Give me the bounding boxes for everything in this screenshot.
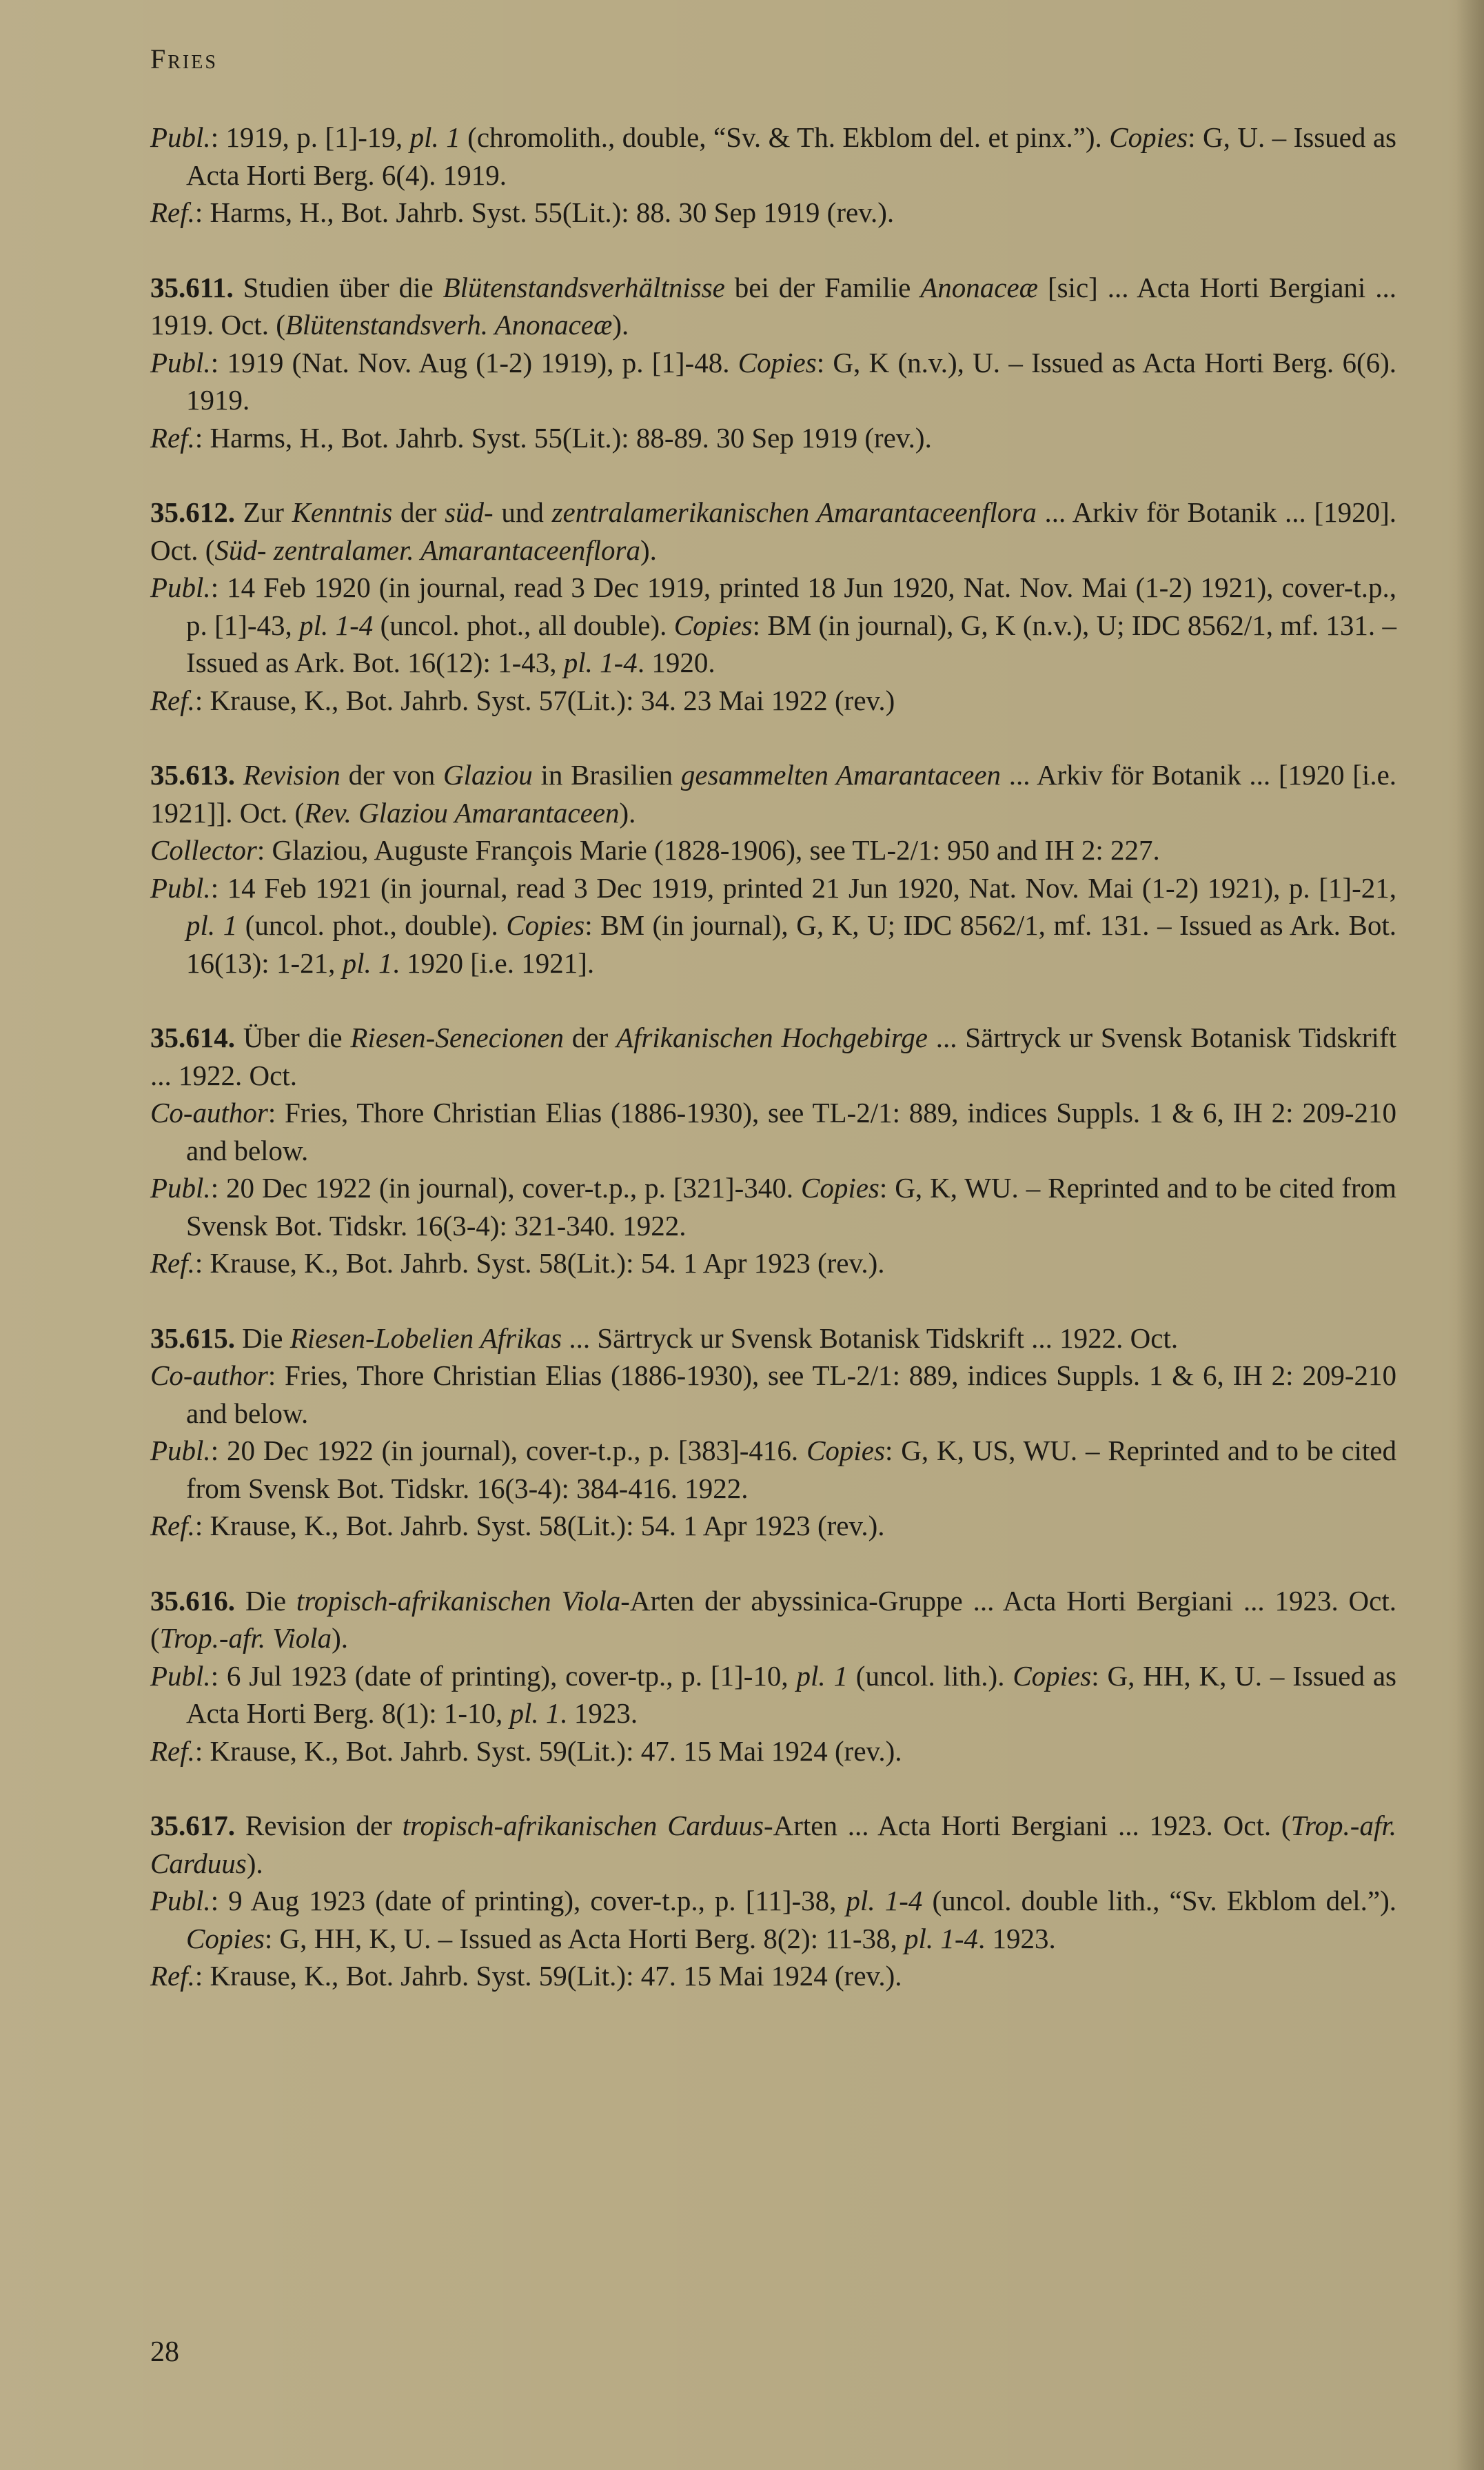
italic-run: Anonaceæ [920, 272, 1038, 303]
entry-title: 35.617. Revision der tropisch-afrikanisc… [150, 1807, 1396, 1882]
text-run: : Krause, K., Bot. Jahrb. Syst. 57(Lit.)… [195, 685, 895, 716]
page-edge-shadow [1456, 0, 1484, 2470]
text-run: (chromolith., double, “Sv. & Th. Ekblom … [460, 121, 1110, 153]
entry-number: 35.613. [150, 759, 243, 791]
italic-run: Trop.-afr. Viola [160, 1622, 332, 1654]
text-run: der von [340, 759, 443, 791]
text-run: ... Särtryck ur Svensk Botanisk Tidskrif… [562, 1322, 1178, 1354]
field-ref: Ref.: Krause, K., Bot. Jahrb. Syst. 59(L… [150, 1732, 1396, 1770]
text-run: : Harms, H., Bot. Jahrb. Syst. 55(Lit.):… [195, 422, 932, 454]
italic-run: Afrikanischen Hochgebirge [616, 1022, 928, 1053]
field-publ: Publ.: 1919, p. [1]-19, pl. 1 (chromolit… [150, 119, 1396, 194]
bibliography-entry: 35.617. Revision der tropisch-afrikanisc… [150, 1807, 1396, 1995]
text-run: ). [247, 1848, 263, 1879]
italic-run: Copies [801, 1172, 880, 1204]
italic-run: pl. 1 [343, 947, 393, 979]
italic-run: Publ. [150, 1172, 211, 1204]
text-run: . 1923. [560, 1697, 638, 1729]
text-run: Die [245, 1585, 296, 1617]
italic-run: pl. 1 [796, 1660, 848, 1692]
text-run: Revision der [245, 1810, 403, 1841]
text-run: bei der Familie [725, 272, 920, 303]
bibliography-entry: 35.616. Die tropisch-afrikanischen Viola… [150, 1582, 1396, 1770]
italic-run: pl. 1 [186, 909, 237, 941]
italic-run: tropisch-afrikanischen Carduus [403, 1810, 764, 1841]
text-run: : 20 Dec 1922 (in journal), cover-t.p., … [211, 1435, 806, 1466]
field-ref: Ref.: Krause, K., Bot. Jahrb. Syst. 57(L… [150, 682, 1396, 720]
text-run: Studien über die [243, 272, 443, 303]
field-coauthor: Co-author: Fries, Thore Christian Elias … [150, 1094, 1396, 1169]
entry-number: 35.612. [150, 496, 243, 528]
italic-run: gesammelten Amarantaceen [681, 759, 1001, 791]
entry-title: 35.615. Die Riesen-Lobelien Afrikas ... … [150, 1319, 1396, 1357]
entry-title: 35.611. Studien über die Blütenstandsver… [150, 269, 1396, 344]
text-run: (uncol. phot., double). [237, 909, 506, 941]
italic-run: pl. 1-4 [904, 1923, 978, 1954]
bibliography-entry: 35.611. Studien über die Blütenstandsver… [150, 269, 1396, 457]
text-run: Die [242, 1322, 289, 1354]
text-run: : 20 Dec 1922 (in journal), cover-t.p., … [211, 1172, 801, 1204]
italic-run: Glaziou [443, 759, 533, 791]
italic-run: Publ. [150, 121, 211, 153]
italic-run: Riesen-Lobelien Afrikas [290, 1322, 562, 1354]
field-ref: Ref.: Harms, H., Bot. Jahrb. Syst. 55(Li… [150, 194, 1396, 232]
italic-run: zentralamerikanischen Amarantaceenflora [552, 496, 1037, 528]
text-run: und [494, 496, 552, 528]
field-ref: Ref.: Harms, H., Bot. Jahrb. Syst. 55(Li… [150, 419, 1396, 457]
entry-number: 35.616. [150, 1585, 245, 1617]
entry-title: 35.612. Zur Kenntnis der süd- und zentra… [150, 494, 1396, 569]
italic-run: Copies [186, 1923, 265, 1954]
entry-number: 35.615. [150, 1322, 242, 1354]
text-run: ). [612, 309, 629, 341]
body-text: Publ.: 1919, p. [1]-19, pl. 1 (chromolit… [150, 119, 1396, 2032]
italic-run: pl. 1 [510, 1697, 560, 1729]
text-run: ). [640, 534, 657, 566]
italic-run: pl. 1-4 [299, 609, 373, 641]
text-run: : Fries, Thore Christian Elias (1886-193… [186, 1097, 1396, 1166]
text-run: : Krause, K., Bot. Jahrb. Syst. 59(Lit.)… [195, 1960, 902, 1992]
entry-number: 35.611. [150, 272, 243, 303]
italic-run: Publ. [150, 571, 211, 603]
bibliography-entry: 35.615. Die Riesen-Lobelien Afrikas ... … [150, 1319, 1396, 1545]
text-run: . 1920. [638, 647, 715, 678]
text-run: : G, HH, K, U. – Issued as Acta Horti Be… [265, 1923, 904, 1954]
italic-run: Rev. Glaziou Amarantaceen [304, 797, 619, 829]
text-run: : Glaziou, Auguste François Marie (1828-… [257, 834, 1160, 866]
field-publ: Publ.: 20 Dec 1922 (in journal), cover-t… [150, 1432, 1396, 1507]
entry-number: 35.614. [150, 1022, 243, 1053]
text-run: : 9 Aug 1923 (date of printing), cover-t… [211, 1885, 846, 1916]
text-run: : Krause, K., Bot. Jahrb. Syst. 58(Lit.)… [195, 1247, 885, 1279]
italic-run: pl. 1-4 [846, 1885, 923, 1916]
italic-run: Collector [150, 834, 257, 866]
italic-run: tropisch-afrikanischen Viola [296, 1585, 620, 1617]
italic-run: pl. 1-4 [564, 647, 638, 678]
field-ref: Ref.: Krause, K., Bot. Jahrb. Syst. 58(L… [150, 1507, 1396, 1545]
text-run: -Arten ... Acta Horti Bergiani ... 1923.… [764, 1810, 1291, 1841]
italic-run: Ref. [150, 1735, 195, 1767]
italic-run: Copies [738, 347, 817, 378]
field-ref: Ref.: Krause, K., Bot. Jahrb. Syst. 58(L… [150, 1244, 1396, 1282]
field-coauthor: Co-author: Fries, Thore Christian Elias … [150, 1357, 1396, 1432]
italic-run: pl. 1 [410, 121, 460, 153]
italic-run: Ref. [150, 196, 195, 228]
text-run: in Brasilien [533, 759, 681, 791]
bibliography-entry: 35.613. Revision der von Glaziou in Bras… [150, 756, 1396, 982]
text-run: Zur [243, 496, 292, 528]
bibliography-entry: 35.614. Über die Riesen-Senecionen der A… [150, 1019, 1396, 1282]
italic-run: Blütenstandsverh. Anonaceæ [285, 309, 612, 341]
text-run: . 1923. [978, 1923, 1056, 1954]
text-run: : 1919 (Nat. Nov. Aug (1-2) 1919), p. [1… [211, 347, 738, 378]
entry-number: 35.617. [150, 1810, 245, 1841]
italic-run: Süd- zentralamer. Amarantaceenflora [214, 534, 640, 566]
italic-run: Riesen-Senecionen [350, 1022, 564, 1053]
intro-continuation: Publ.: 1919, p. [1]-19, pl. 1 (chromolit… [150, 119, 1396, 232]
text-run: ). [620, 797, 636, 829]
italic-run: Publ. [150, 1660, 211, 1692]
text-run: der [564, 1022, 616, 1053]
italic-run: Copies [506, 909, 585, 941]
italic-run: Copies [1013, 1660, 1091, 1692]
italic-run: Ref. [150, 1960, 195, 1992]
italic-run: Co-author [150, 1359, 268, 1391]
italic-run: Publ. [150, 1435, 211, 1466]
text-run: : Fries, Thore Christian Elias (1886-193… [186, 1359, 1396, 1429]
italic-run: Co-author [150, 1097, 268, 1128]
italic-run: Copies [806, 1435, 885, 1466]
italic-run: Ref. [150, 685, 195, 716]
text-run: : 1919, p. [1]-19, [211, 121, 410, 153]
text-run: (uncol. phot., all double). [373, 609, 674, 641]
field-publ: Publ.: 14 Feb 1921 (in journal, read 3 D… [150, 869, 1396, 982]
italic-run: süd- [445, 496, 494, 528]
field-ref: Ref.: Krause, K., Bot. Jahrb. Syst. 59(L… [150, 1957, 1396, 1995]
text-run: Über die [243, 1022, 351, 1053]
text-run: (uncol. lith.). [848, 1660, 1013, 1692]
entry-title: 35.614. Über die Riesen-Senecionen der A… [150, 1019, 1396, 1094]
italic-run: Ref. [150, 1510, 195, 1541]
entry-title: 35.613. Revision der von Glaziou in Bras… [150, 756, 1396, 831]
italic-run: Publ. [150, 347, 211, 378]
text-run: ). [332, 1622, 348, 1654]
italic-run: Kenntnis [292, 496, 393, 528]
text-run: : Harms, H., Bot. Jahrb. Syst. 55(Lit.):… [195, 196, 894, 228]
entry-title: 35.616. Die tropisch-afrikanischen Viola… [150, 1582, 1396, 1657]
italic-run: Revision [243, 759, 340, 791]
text-run: : Krause, K., Bot. Jahrb. Syst. 59(Lit.)… [195, 1735, 902, 1767]
italic-run: Publ. [150, 872, 211, 904]
entry-list: 35.611. Studien über die Blütenstandsver… [150, 269, 1396, 1995]
italic-run: Copies [1109, 121, 1188, 153]
text-run: : 14 Feb 1921 (in journal, read 3 Dec 19… [211, 872, 1396, 904]
italic-run: Publ. [150, 1885, 211, 1916]
italic-run: Copies [674, 609, 753, 641]
italic-run: Ref. [150, 1247, 195, 1279]
field-publ: Publ.: 6 Jul 1923 (date of printing), co… [150, 1657, 1396, 1732]
field-publ: Publ.: 20 Dec 1922 (in journal), cover-t… [150, 1169, 1396, 1244]
running-head: Fries [150, 43, 218, 75]
field-publ: Publ.: 9 Aug 1923 (date of printing), co… [150, 1882, 1396, 1957]
text-run: (uncol. double lith., “Sv. Ekblom del.”)… [922, 1885, 1396, 1916]
text-run: : Krause, K., Bot. Jahrb. Syst. 58(Lit.)… [195, 1510, 885, 1541]
field-collector: Collector: Glaziou, Auguste François Mar… [150, 831, 1396, 869]
italic-run: Blütenstandsverhältnisse [443, 272, 725, 303]
italic-run: Ref. [150, 422, 195, 454]
page-number: 28 [150, 2336, 179, 2369]
bibliography-entry: 35.612. Zur Kenntnis der süd- und zentra… [150, 494, 1396, 719]
field-publ: Publ.: 1919 (Nat. Nov. Aug (1-2) 1919), … [150, 344, 1396, 419]
field-publ: Publ.: 14 Feb 1920 (in journal, read 3 D… [150, 569, 1396, 682]
text-run: : 6 Jul 1923 (date of printing), cover-t… [211, 1660, 797, 1692]
text-run: . 1920 [i.e. 1921]. [393, 947, 595, 979]
text-run: der [392, 496, 445, 528]
